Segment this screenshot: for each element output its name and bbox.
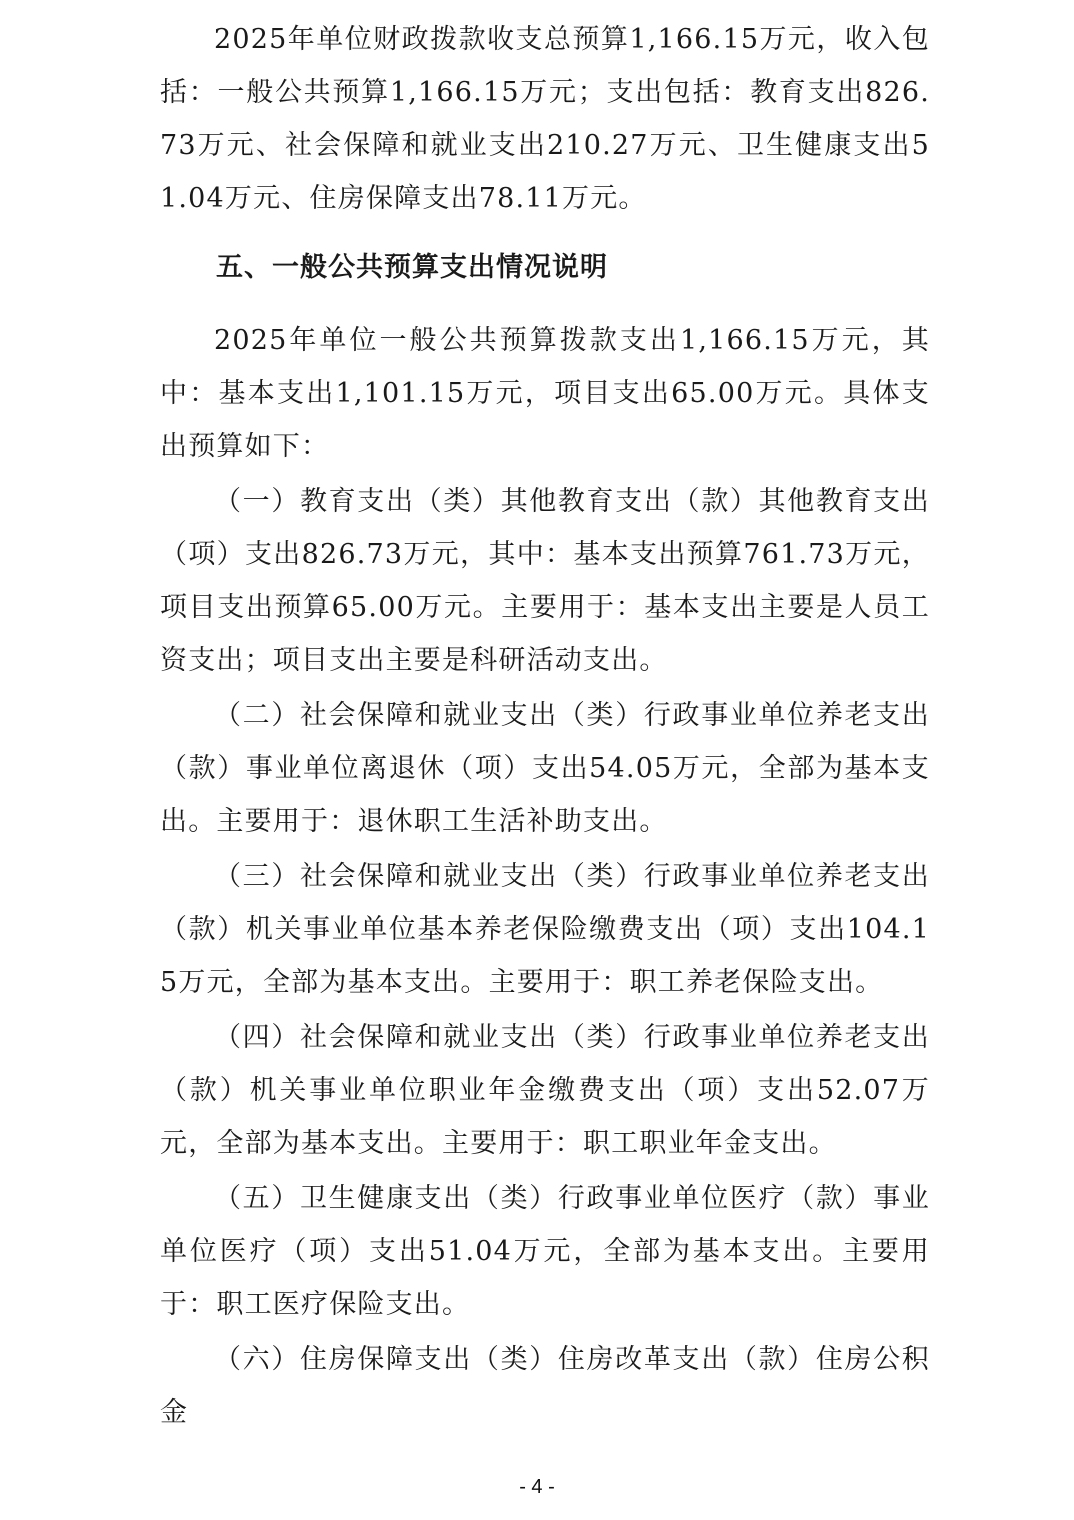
item-4: （四）社会保障和就业支出（类）行政事业单位养老支出（款）机关事业单位职业年金缴费… (160, 1011, 930, 1170)
item-2: （二）社会保障和就业支出（类）行政事业单位养老支出（款）事业单位离退休（项）支出… (160, 689, 930, 848)
item-3: （三）社会保障和就业支出（类）行政事业单位养老支出（款）机关事业单位基本养老保险… (160, 850, 930, 1009)
section-heading: 五、一般公共预算支出情况说明 (160, 241, 930, 294)
document-page: 2025年单位财政拨款收支总预算1,166.15万元，收入包括：一般公共预算1,… (160, 0, 930, 1439)
item-6: （六）住房保障支出（类）住房改革支出（款）住房公积金 (160, 1333, 930, 1439)
item-1: （一）教育支出（类）其他教育支出（款）其他教育支出（项）支出826.73万元，其… (160, 475, 930, 687)
paragraph-intro: 2025年单位财政拨款收支总预算1,166.15万元，收入包括：一般公共预算1,… (160, 13, 930, 225)
page-number: - 4 - (0, 1476, 1074, 1499)
item-5: （五）卫生健康支出（类）行政事业单位医疗（款）事业单位医疗（项）支出51.04万… (160, 1172, 930, 1331)
paragraph-summary: 2025年单位一般公共预算拨款支出1,166.15万元，其中：基本支出1,101… (160, 314, 930, 473)
